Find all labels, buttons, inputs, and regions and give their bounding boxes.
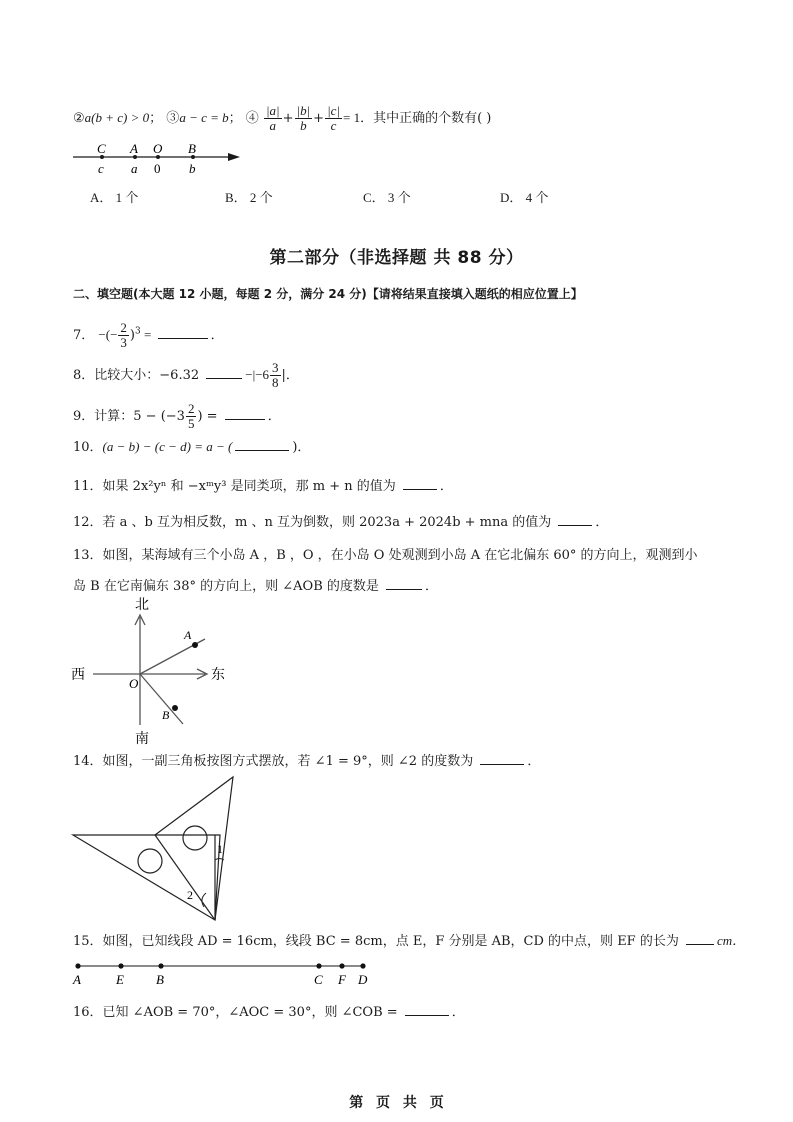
answer-blank[interactable] bbox=[405, 1003, 449, 1016]
choice-b[interactable]: B． 2 个 bbox=[225, 187, 273, 206]
q6-question-text: ．其中正确的个数有( ) bbox=[360, 111, 491, 126]
svg-text:b: b bbox=[189, 161, 196, 176]
svg-text:西: 西 bbox=[71, 667, 85, 683]
svg-text:C: C bbox=[314, 972, 323, 987]
svg-text:E: E bbox=[115, 972, 124, 987]
svg-text:1: 1 bbox=[217, 842, 223, 856]
svg-text:O: O bbox=[153, 141, 163, 156]
svg-text:2: 2 bbox=[187, 888, 193, 902]
circled-2: ② bbox=[73, 111, 85, 126]
compass-figure: 北 南 东 西 O A B bbox=[65, 597, 235, 745]
separator: ； bbox=[229, 111, 242, 126]
part2-instructions: 二、填空题(本大题 12 小题，每题 2 分，满分 24 分)【请将结果直接填入… bbox=[73, 285, 583, 302]
answer-blank[interactable] bbox=[235, 438, 289, 451]
part2-title: 第二部分（非选择题 共 88 分） bbox=[0, 243, 793, 268]
triangle-set-figure: 1 2 bbox=[65, 775, 245, 925]
svg-text:东: 东 bbox=[211, 667, 225, 683]
svg-text:C: C bbox=[97, 141, 106, 156]
question-7: 7． −(−23)3 = ． bbox=[73, 321, 224, 350]
svg-text:南: 南 bbox=[135, 730, 149, 745]
fraction-a: |a|a bbox=[264, 104, 282, 133]
svg-text:O: O bbox=[129, 676, 139, 691]
question-16: 16．已知 ∠AOB = 70°，∠AOC = 30°，则 ∠COB = ． bbox=[73, 1003, 465, 1022]
number-line-figure: C A O B c a 0 b bbox=[70, 140, 250, 180]
answer-blank[interactable] bbox=[225, 407, 265, 420]
svg-text:北: 北 bbox=[135, 597, 149, 613]
choice-d[interactable]: D． 4 个 bbox=[500, 187, 548, 206]
fraction-b: |b|b bbox=[295, 104, 313, 133]
question-15: 15．如图，已知线段 AD = 16cm，线段 BC = 8cm，点 E，F 分… bbox=[73, 932, 745, 951]
svg-text:a: a bbox=[131, 161, 138, 176]
svg-text:A: A bbox=[72, 972, 81, 987]
fraction: 23 bbox=[118, 321, 129, 350]
q6-conditions-line: ②a(b + c) > 0； ③a − c = b； ④ |a|a+|b|b+|… bbox=[73, 104, 491, 133]
separator: ； bbox=[149, 111, 162, 126]
question-14: 14．如图，一副三角板按图方式摆放，若 ∠1 = 9°，则 ∠2 的度数为 ． bbox=[73, 752, 540, 771]
choice-a[interactable]: A． 1 个 bbox=[90, 187, 138, 206]
question-12: 12．若 a 、b 互为相反数，m 、n 互为倒数，则 2023a + 2024… bbox=[73, 513, 608, 532]
svg-text:B: B bbox=[162, 708, 170, 722]
answer-blank[interactable] bbox=[558, 513, 592, 526]
segment-figure: A E B C F D bbox=[70, 958, 380, 988]
fraction-c: |c|c bbox=[325, 104, 342, 133]
circled-3: ③ bbox=[166, 111, 179, 126]
svg-text:F: F bbox=[337, 972, 347, 987]
q6-condition-2: a(b + c) > 0 bbox=[85, 110, 149, 125]
arrow-right-icon bbox=[228, 153, 240, 161]
svg-text:A: A bbox=[183, 628, 192, 642]
q6-condition-4-eq: = 1 bbox=[343, 110, 360, 125]
answer-blank[interactable] bbox=[386, 577, 422, 590]
question-13-line-2: 岛 B 在它南偏东 38° 的方向上，则 ∠AOB 的度数是 ． bbox=[73, 577, 438, 596]
svg-text:c: c bbox=[98, 161, 104, 176]
svg-text:D: D bbox=[357, 972, 368, 987]
q6-condition-3: a − c = b bbox=[179, 110, 228, 125]
fraction: 38 bbox=[270, 361, 281, 390]
svg-text:B: B bbox=[188, 141, 196, 156]
answer-blank[interactable] bbox=[158, 326, 208, 339]
answer-blank[interactable] bbox=[686, 932, 714, 945]
svg-text:A: A bbox=[129, 141, 138, 156]
circled-4: ④ bbox=[246, 111, 259, 126]
fraction: 25 bbox=[186, 402, 197, 431]
answer-blank[interactable] bbox=[403, 477, 437, 490]
question-9: 9．计算：5 − (−325) = ． bbox=[73, 402, 281, 431]
question-8: 8．比较大小：−6.32 −|−638|． bbox=[73, 361, 299, 390]
page-footer: 第 页 共 页 bbox=[0, 1092, 793, 1112]
answer-blank[interactable] bbox=[480, 752, 524, 765]
svg-text:B: B bbox=[156, 972, 164, 987]
svg-text:0: 0 bbox=[154, 161, 161, 176]
choice-c[interactable]: C． 3 个 bbox=[363, 187, 411, 206]
answer-blank[interactable] bbox=[206, 366, 242, 379]
question-13-line-1: 13．如图，某海域有三个小岛 A ，B ，O ，在小岛 O 处观测到小岛 A 在… bbox=[73, 547, 698, 565]
question-10: 10．(a − b) − (c − d) = a − ()． bbox=[73, 438, 310, 457]
question-11: 11．如果 2x²yⁿ 和 −xᵐy³ 是同类项，那 m + n 的值为 ． bbox=[73, 477, 453, 496]
